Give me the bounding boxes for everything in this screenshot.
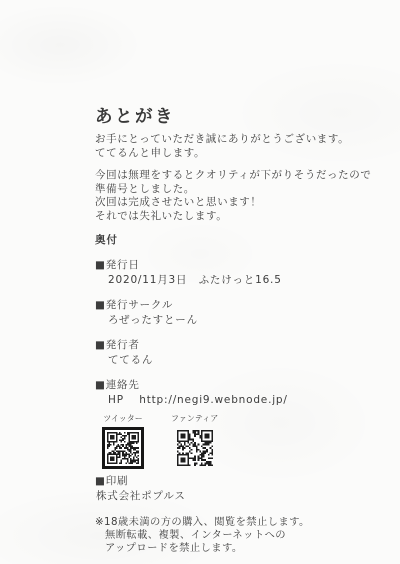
fantia-qr-column: ファンティア — [171, 414, 218, 466]
section-value: 株式会社ポプルス — [95, 490, 376, 503]
colophon-heading: 奥付 — [95, 232, 376, 247]
section-label: ■印刷 — [95, 475, 376, 488]
greeting-line: お手にとっていただき誠にありがとうございます。 — [95, 133, 376, 147]
greeting-block: お手にとっていただき誠にありがとうございます。 ててるんと申します。 — [95, 133, 376, 160]
section-contact: ■連絡先 HP http://negi9.webnode.jp/ ツイッター フ… — [95, 379, 376, 469]
section-label: ■連絡先 — [95, 379, 376, 392]
fantia-qr-label: ファンティア — [171, 414, 218, 424]
section-label: ■発行サークル — [95, 299, 376, 312]
body-line: 今回は無理をするとクオリティが下がりそうだったので — [95, 169, 376, 183]
body-line: 次回は完成させたいと思います！ — [95, 196, 376, 210]
section-label: ■発行日 — [95, 259, 376, 272]
section-printer: ■印刷 株式会社ポプルス — [95, 475, 376, 503]
section-author: ■発行者 ててるん — [95, 339, 376, 367]
fantia-qr-code-icon — [177, 430, 213, 466]
afterword-body: 今回は無理をするとクオリティが下がりそうだったので 準備号としました。 次回は完… — [95, 169, 376, 223]
age-restriction-notice: ※18歳未満の方の購入、閲覧を禁止します。 無断転載、複製、インターネットへの … — [95, 516, 376, 554]
section-value: ててるん — [95, 354, 376, 367]
notice-line: 無断転載、複製、インターネットへの — [95, 529, 376, 542]
section-label: ■発行者 — [95, 339, 376, 352]
page-content: あとがき お手にとっていただき誠にありがとうございます。 ててるんと申します。 … — [95, 106, 376, 554]
scanned-afterword-page: あとがき お手にとっていただき誠にありがとうございます。 ててるんと申します。 … — [0, 0, 400, 564]
section-value: 2020/11月3日 ふたけっと16.5 — [95, 274, 376, 287]
greeting-line: ててるんと申します。 — [95, 147, 376, 161]
section-value: ろぜったすとーん — [95, 314, 376, 327]
notice-line: ※18歳未満の方の購入、閲覧を禁止します。 — [95, 516, 376, 529]
twitter-qr-code-icon — [102, 427, 144, 469]
notice-line: アップロードを禁止します。 — [95, 542, 376, 555]
twitter-qr-column: ツイッター — [102, 414, 144, 469]
afterword-title: あとがき — [95, 106, 376, 128]
contact-homepage-url: HP http://negi9.webnode.jp/ — [95, 394, 376, 407]
section-circle: ■発行サークル ろぜったすとーん — [95, 299, 376, 327]
body-line: それでは失礼いたします。 — [95, 210, 376, 224]
body-line: 準備号としました。 — [95, 183, 376, 197]
qr-code-row: ツイッター ファンティア — [102, 414, 376, 469]
twitter-qr-label: ツイッター — [103, 414, 142, 424]
section-publication-date: ■発行日 2020/11月3日 ふたけっと16.5 — [95, 259, 376, 287]
